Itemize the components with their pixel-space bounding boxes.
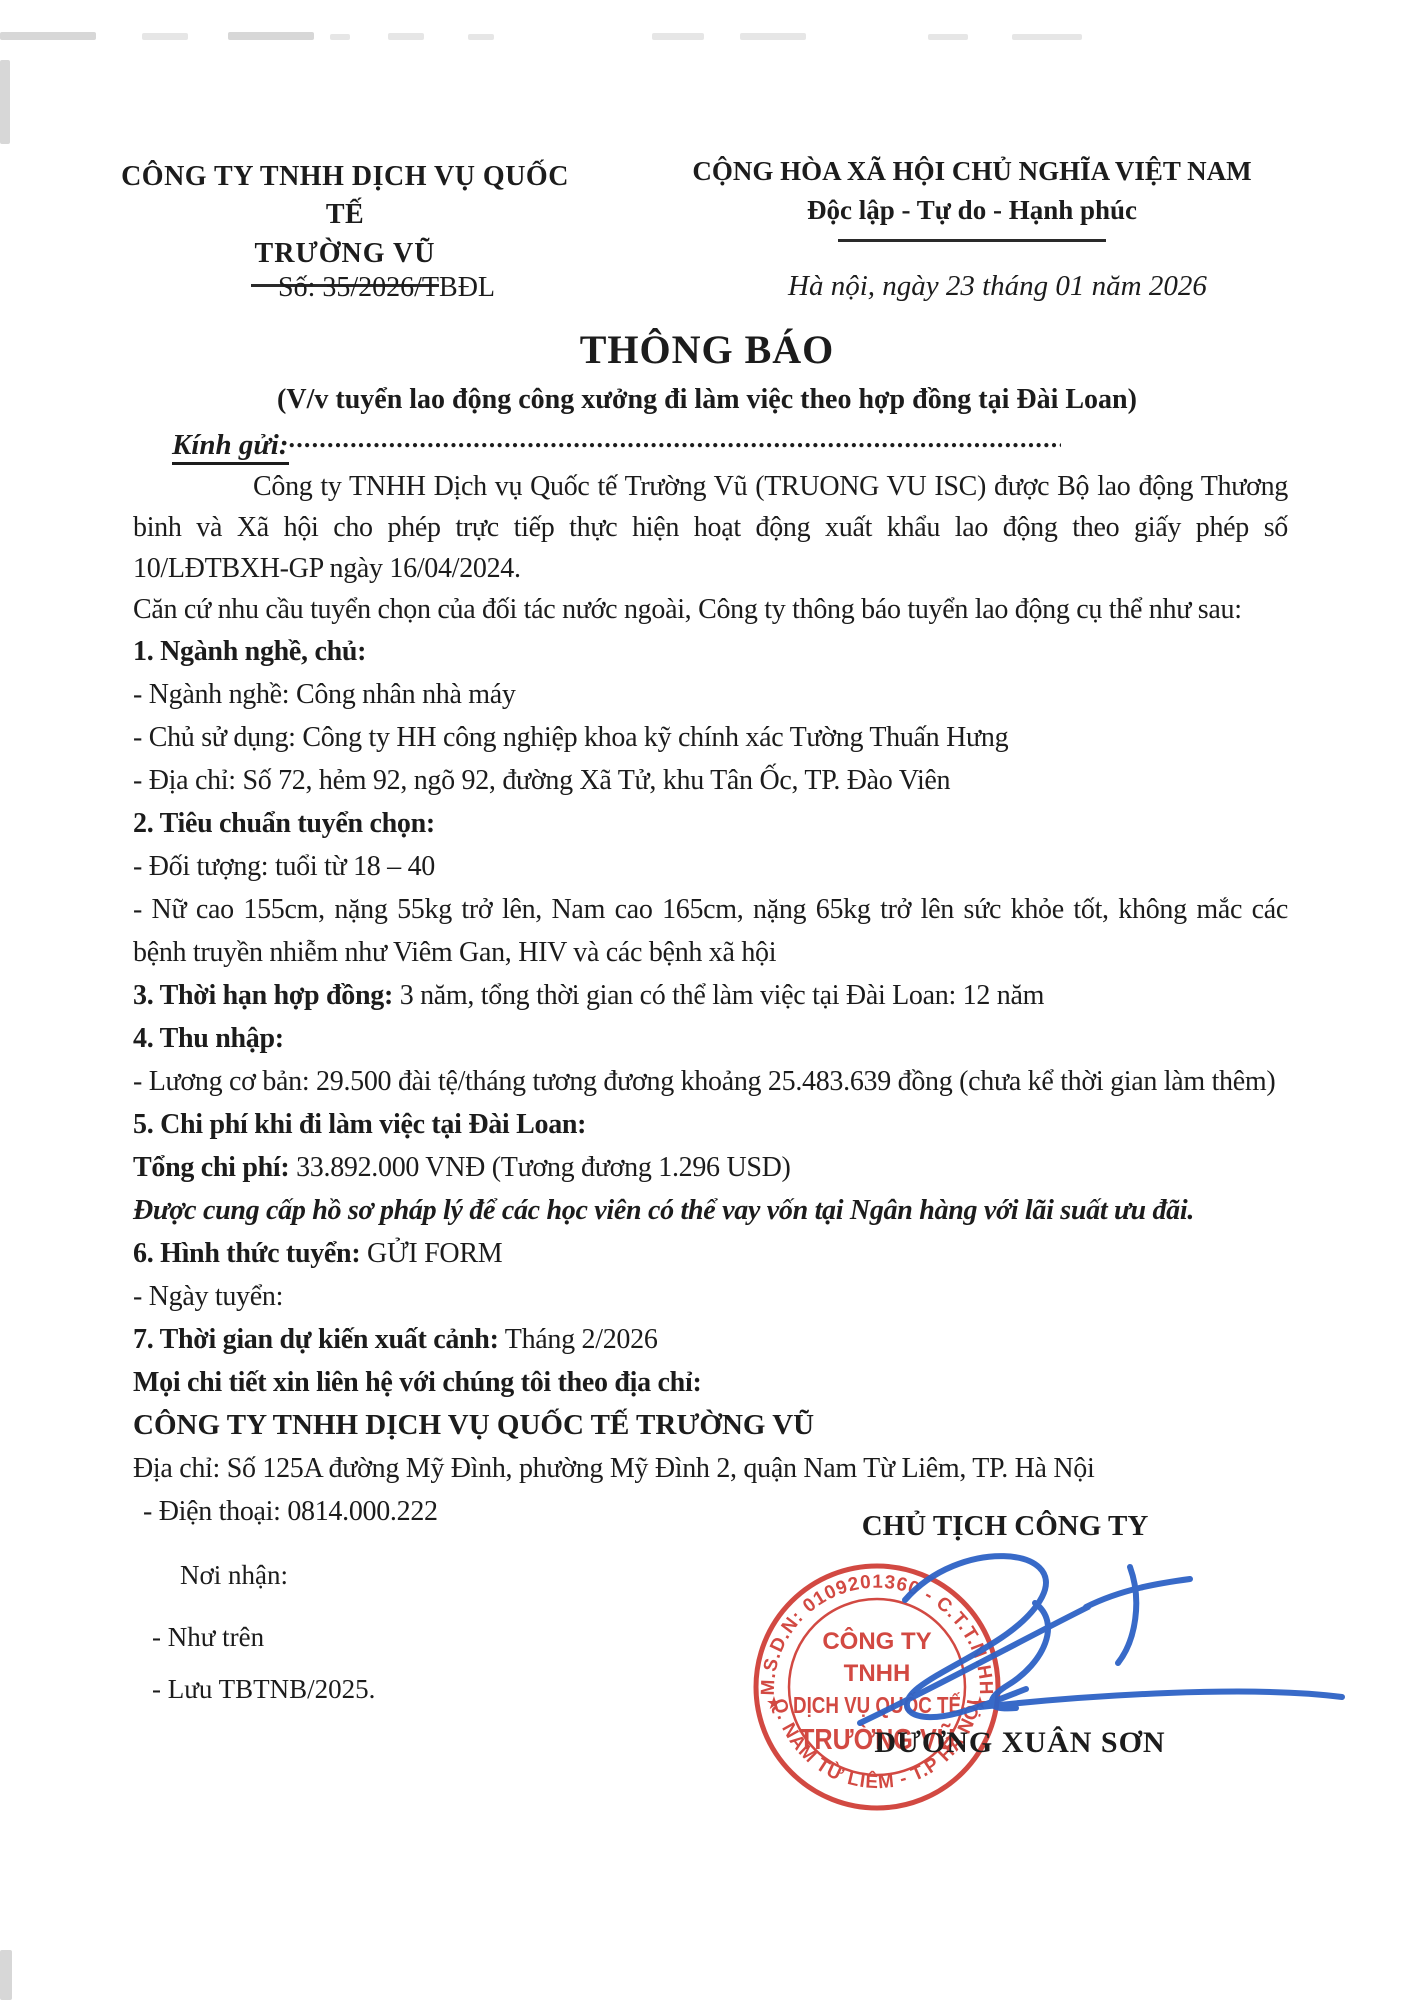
section-heading: 4. Thu nhập: (133, 1017, 1288, 1060)
scan-artifact (1012, 34, 1082, 40)
section-heading: 2. Tiêu chuẩn tuyển chọn: (133, 802, 1288, 845)
salutation-line: Kính gửi:...............................… (172, 424, 1272, 462)
company-header: CÔNG TY TNHH DỊCH VỤ QUỐC TẾ TRƯỜNG VŨ (108, 158, 582, 287)
body-line: - Chủ sử dụng: Công ty HH công nghiệp kh… (133, 716, 1288, 759)
scan-artifact (468, 34, 494, 40)
document-number: Số: 35/2026/TBĐL (278, 272, 495, 304)
body-line: - Ngày tuyển: (133, 1275, 1288, 1318)
document-title: THÔNG BÁO (0, 326, 1414, 373)
section-heading: 6. Hình thức tuyển: GỬI FORM (133, 1232, 1288, 1275)
company-name-line2: TRƯỜNG VŨ (108, 234, 582, 274)
scan-artifact (388, 33, 424, 40)
place-and-date: Hà nội, ngày 23 tháng 01 năm 2026 (788, 270, 1207, 303)
section-heading: 5. Chi phí khi đi làm việc tại Đài Loan: (133, 1103, 1288, 1146)
handwritten-signature (830, 1545, 1370, 1735)
national-header: CỘNG HÒA XÃ HỘI CHỦ NGHĨA VIỆT NAM Độc l… (668, 152, 1276, 242)
scan-artifact (652, 33, 704, 40)
scan-artifact (0, 32, 96, 40)
document-subtitle: (V/v tuyển lao động công xưởng đi làm vi… (0, 384, 1414, 416)
basis-paragraph: Căn cứ nhu cầu tuyển chọn của đối tác nư… (133, 589, 1288, 630)
section-heading: 7. Thời gian dự kiến xuất cảnh: Tháng 2/… (133, 1318, 1288, 1361)
seal-star-left-icon: ★ (766, 1693, 782, 1713)
body-line: Tổng chi phí: 33.892.000 VNĐ (Tương đươn… (133, 1146, 1288, 1189)
body-line: - Đối tượng: tuổi từ 18 – 40 (133, 845, 1288, 888)
contact-heading: Mọi chi tiết xin liên hệ với chúng tôi t… (133, 1361, 1288, 1404)
section-heading: 3. Thời hạn hợp đồng: 3 năm, tổng thời g… (133, 974, 1288, 1017)
signer-name: DƯƠNG XUÂN SƠN (860, 1726, 1180, 1760)
scan-artifact (740, 33, 806, 40)
contact-address: Địa chỉ: Số 125A đường Mỹ Đình, phường M… (133, 1447, 1288, 1490)
scan-artifact (928, 34, 968, 40)
recipients-block: Nơi nhận: - Như trên - Lưu TBTNB/2025. (152, 1560, 375, 1715)
national-motto-line1: CỘNG HÒA XÃ HỘI CHỦ NGHĨA VIỆT NAM (668, 152, 1276, 190)
section-heading: 1. Ngành nghề, chủ: (133, 630, 1288, 673)
scan-artifact (142, 33, 188, 40)
scan-artifact (0, 60, 10, 144)
body-line: - Địa chỉ: Số 72, hẻm 92, ngõ 92, đường … (133, 759, 1288, 802)
body-line: - Ngành nghề: Công nhân nhà máy (133, 673, 1288, 716)
scan-artifact (330, 34, 350, 40)
recipients-heading: Nơi nhận: (180, 1560, 375, 1591)
contact-company-name: CÔNG TY TNHH DỊCH VỤ QUỐC TẾ TRƯỜNG VŨ (133, 1404, 1288, 1447)
recipient-item: - Như trên (152, 1611, 375, 1663)
scan-artifact (228, 32, 314, 40)
header-divider (838, 239, 1106, 242)
document-body: Công ty TNHH Dịch vụ Quốc tế Trường Vũ (… (133, 466, 1288, 1533)
salutation-label: Kính gửi: (172, 429, 289, 465)
signer-title: CHỦ TỊCH CÔNG TY (845, 1510, 1165, 1543)
company-name-line1: CÔNG TY TNHH DỊCH VỤ QUỐC TẾ (108, 158, 582, 234)
document-page: CÔNG TY TNHH DỊCH VỤ QUỐC TẾ TRƯỜNG VŨ C… (0, 0, 1414, 2000)
body-line: - Nữ cao 155cm, nặng 55kg trở lên, Nam c… (133, 888, 1288, 974)
national-motto-line2: Độc lập - Tự do - Hạnh phúc (668, 190, 1276, 230)
intro-paragraph: Công ty TNHH Dịch vụ Quốc tế Trường Vũ (… (133, 466, 1288, 589)
dotted-leader: ........................................… (289, 424, 1061, 454)
scan-artifact (0, 1950, 12, 2000)
emphasis-line: Được cung cấp hồ sơ pháp lý để các học v… (133, 1189, 1288, 1232)
body-line: - Lương cơ bản: 29.500 đài tệ/tháng tươn… (133, 1060, 1288, 1103)
recipient-item: - Lưu TBTNB/2025. (152, 1663, 375, 1715)
